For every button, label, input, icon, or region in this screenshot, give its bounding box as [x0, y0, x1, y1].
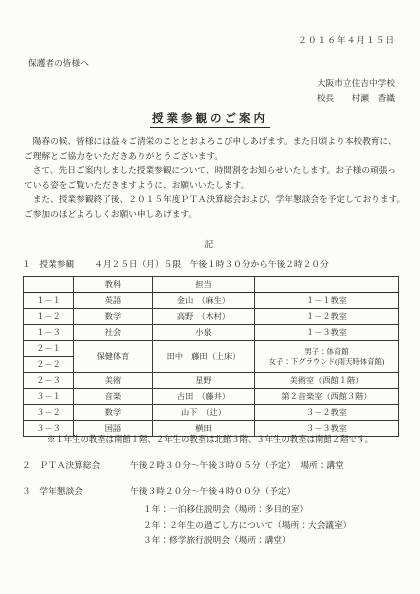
sender-block: 大阪市立住吉中学校 校長 村瀬 香織: [317, 76, 395, 106]
room-cell: １－３教室: [255, 325, 399, 341]
teacher-cell: 小泉: [153, 325, 255, 341]
paragraph-line: ている姿をご覧いただきますように、お願いいたします。: [24, 178, 398, 193]
section3-heading: ３ 学年懇談会 午後３時２０分～午後４時００分（予定）: [22, 485, 298, 497]
document-date: ２０１６年４月１５日: [298, 34, 395, 46]
subject-cell: 数学: [74, 309, 153, 325]
header-subject-cell: 教科: [74, 277, 153, 293]
table-row: ２－３ 美術 星野 美術室（西館１階）: [24, 373, 399, 389]
subject-cell: 数学: [74, 405, 153, 421]
room-line-girls: 女子：下グラウンド(雨天時体育館): [256, 357, 397, 367]
document-page: ２０１６年４月１５日 保護者の皆様へ 大阪市立住吉中学校 校長 村瀬 香織 授業…: [0, 0, 420, 594]
school-name: 大阪市立住吉中学校: [317, 76, 395, 91]
class-cell: １－３: [24, 325, 74, 341]
table-row: １－１ 英語 金山 （麻生） １－１教室: [24, 293, 399, 309]
document-title-text: 授業参観のご案内: [150, 113, 270, 128]
timetable: 教科 担当 １－１ 英語 金山 （麻生） １－１教室 １－２ 数学 高野 （木村…: [23, 276, 399, 437]
paragraph-line: また、授業参観終了後、２０１５年度ＰＴＡ決算総会および、学年懇談会を予定しており…: [24, 192, 398, 207]
subject-cell: 音楽: [74, 389, 153, 405]
teacher-cell: 星野: [153, 373, 255, 389]
table-row: １－３ 社会 小泉 １－３教室: [24, 325, 399, 341]
grade2-detail: ２年：２年生の過ごし方について（場所：大会議室）: [143, 518, 351, 534]
timetable-table: 教科 担当 １－１ 英語 金山 （麻生） １－１教室 １－２ 数学 高野 （木村…: [23, 276, 399, 437]
table-note: ※１年生の教室は南館１階、２年生の教室は北館３階、３年生の教室は南館２階です。: [0, 433, 420, 445]
section2-heading: ２ ＰＴＡ決算総会 午後２時３０分～午後３時０５分（予定） 場所：講堂: [22, 459, 344, 471]
section1-schedule: ４月２５日（月）５限 午後１時３０分から午後２時２０分: [94, 259, 329, 269]
grade3-detail: ３年：修学旅行説明会（場所：講堂）: [143, 533, 351, 549]
teacher-cell: 高野 （木村）: [153, 309, 255, 325]
class-cell: ３－１: [24, 389, 74, 405]
subject-cell: 保健体育: [74, 341, 153, 373]
header-teacher-cell: 担当: [153, 277, 255, 293]
section1-heading: １ 授業参観 ４月２５日（月）５限 午後１時３０分から午後２時２０分: [22, 258, 329, 270]
table-header-row: 教科 担当: [24, 277, 399, 293]
recipient-line: 保護者の皆様へ: [28, 57, 89, 69]
header-room-cell: [255, 277, 399, 293]
teacher-cell: 金山 （麻生）: [153, 293, 255, 309]
grade1-detail: １年：一泊移住説明会（場所：多目的室）: [143, 502, 351, 518]
paragraph-line: 陽春の候、皆様には益々ご清栄のこととおよろこび申しあげます。また日頃より本校教育…: [24, 134, 398, 149]
class-cell: ３－２: [24, 405, 74, 421]
table-row: １－２ 数学 高野 （木村） １－２教室: [24, 309, 399, 325]
room-cell: １－１教室: [255, 293, 399, 309]
section1-label: １ 授業参観: [22, 258, 92, 270]
room-cell: 第２音楽室（西館３階）: [255, 389, 399, 405]
section3-time: 午後３時２０分～午後４時００分（予定）: [130, 485, 298, 497]
table-row: ３－２ 数学 山下 （辻） ３－２教室: [24, 405, 399, 421]
class-cell: ２－３: [24, 373, 74, 389]
subject-cell: 美術: [74, 373, 153, 389]
room-line-boys: 男子：体育館: [256, 347, 397, 357]
table-row-merged-top: ２－１ 保健体育 田中 藤田（上床） 男子：体育館 女子：下グラウンド(雨天時体…: [24, 341, 399, 357]
header-class-cell: [24, 277, 74, 293]
subject-cell: 英語: [74, 293, 153, 309]
table-row: ３－１ 音楽 古田 （藤井） 第２音楽室（西館３階）: [24, 389, 399, 405]
section2-label: ２ ＰＴＡ決算総会: [22, 459, 128, 471]
class-cell: １－２: [24, 309, 74, 325]
subject-cell: 社会: [74, 325, 153, 341]
room-cell: １－２教室: [255, 309, 399, 325]
record-marker: 記: [0, 238, 420, 250]
section3-label: ３ 学年懇談会: [22, 485, 128, 497]
class-cell: ２－２: [24, 357, 74, 373]
document-title: 授業参観のご案内: [0, 110, 420, 126]
paragraph-line: ご参加のほどよろしくお願い申しあげます。: [24, 207, 398, 222]
room-cell: 男子：体育館 女子：下グラウンド(雨天時体育館): [255, 341, 399, 373]
section2-place: 場所：講堂: [300, 460, 343, 470]
body-text: 陽春の候、皆様には益々ご清栄のこととおよろこび申しあげます。また日頃より本校教育…: [24, 134, 398, 222]
paragraph-line: ご理解とご協力をいただきありがとうございます。: [24, 149, 398, 164]
teacher-cell: 山下 （辻）: [153, 405, 255, 421]
room-cell: 美術室（西館１階）: [255, 373, 399, 389]
section2-time: 午後２時３０分～午後３時０５分（予定）: [130, 459, 298, 471]
section3-details: １年：一泊移住説明会（場所：多目的室） ２年：２年生の過ごし方について（場所：大…: [143, 502, 351, 549]
principal-name: 校長 村瀬 香織: [317, 91, 395, 106]
room-cell: ３－２教室: [255, 405, 399, 421]
teacher-cell: 古田 （藤井）: [153, 389, 255, 405]
class-cell: ２－１: [24, 341, 74, 357]
teacher-cell: 田中 藤田（上床）: [153, 341, 255, 373]
class-cell: １－１: [24, 293, 74, 309]
paragraph-line: さて、先日ご案内しました授業参観について、時間割をお知らせいたします。お子様の頑…: [24, 163, 398, 178]
